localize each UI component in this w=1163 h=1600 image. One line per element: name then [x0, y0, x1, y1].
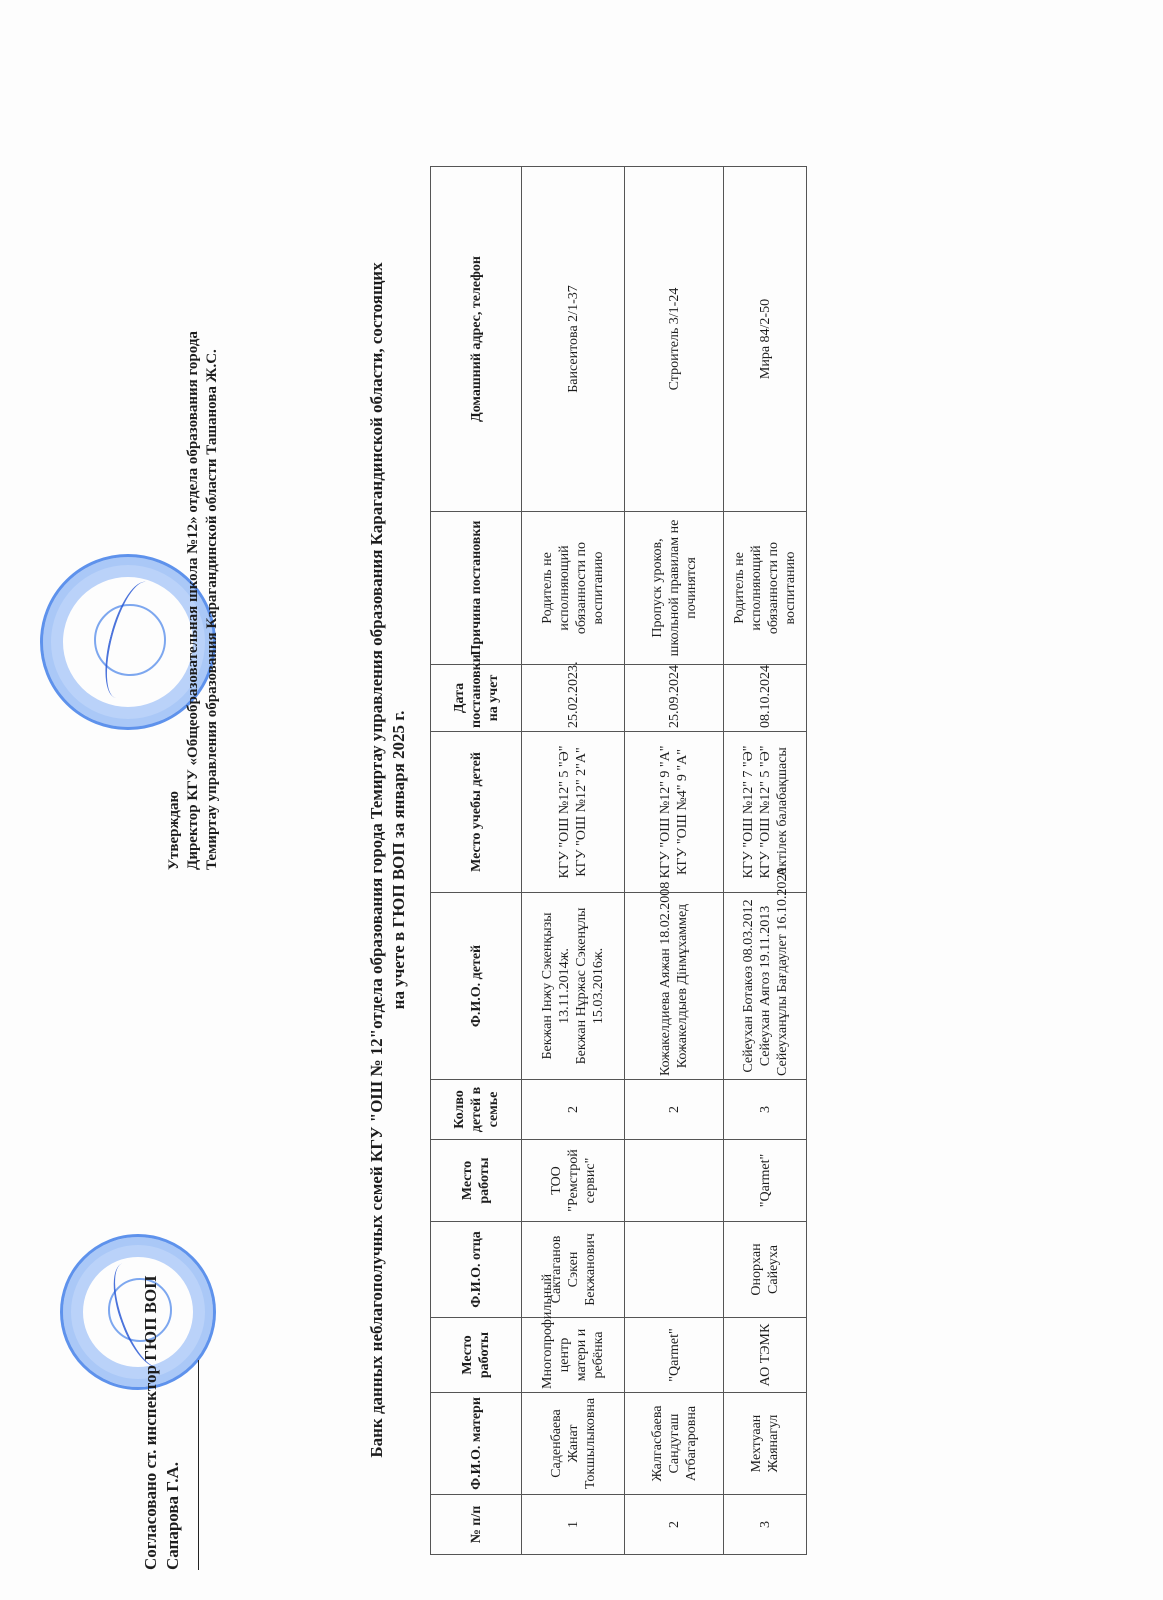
approved-line-3: Темиртау управления образования Караганд… [203, 331, 222, 870]
approved-block: Утверждаю Директор КГУ «Общеобразователь… [165, 331, 222, 870]
cell-mother: Жалгасбаева Сандугаш Атбагаровна [625, 1393, 724, 1495]
header-mother: Ф.И.О. матери [431, 1393, 522, 1495]
cell-children: Бекжан Інжу Сэкенқызы 13.11.2014ж. Бекжа… [522, 893, 625, 1080]
school-line: КГУ "ОШ №12" 9 "А" [657, 735, 674, 889]
header-father-work: Место работы [431, 1140, 522, 1222]
cell-father-work: ТОО "Ремстрой сервис" [522, 1140, 625, 1222]
cell-num: 2 [625, 1495, 724, 1555]
cell-num: 1 [522, 1495, 625, 1555]
school-line: КГУ "ОШ №12" 2"А" [573, 735, 590, 889]
cell-mother-work: "Qarmet" [625, 1318, 724, 1393]
cell-mother-work: Многопрофильный центр матери и ребёнка [522, 1318, 625, 1393]
table-row: 2 Жалгасбаева Сандугаш Атбагаровна "Qarm… [625, 167, 724, 1555]
cell-date: 25.02.2023. [522, 665, 625, 732]
header-date: Дата постановки на учет [431, 665, 522, 732]
cell-address: Баисеитова 2/1-37 [522, 167, 625, 512]
table-row: 3 Мехтуаан Жаянагул АО ТЭМК Онорхан Сайе… [724, 167, 807, 1555]
cell-reason: Пропуск уроков, школьной правилам не поч… [625, 512, 724, 665]
header-school: Место учебы детей [431, 732, 522, 893]
school-line: КГУ "ОШ №12" 7 "Ә" [740, 735, 757, 889]
document-title: Банк данных неблагополучных семей КГУ "О… [366, 160, 410, 1560]
header-children: Ф.И.О. детей [431, 893, 522, 1080]
approved-line-2: Директор КГУ «Общеобразовательная школа … [184, 331, 203, 870]
child-line: Бекжан Нұржас Сэкенұлы [573, 896, 590, 1076]
cell-school: КГУ "ОШ №12" 5 "Ә" КГУ "ОШ №12" 2"А" [522, 732, 625, 893]
child-line: 15.03.2016ж. [590, 896, 607, 1076]
approved-line-1: Утверждаю [165, 331, 184, 870]
cell-school: КГУ "ОШ №12" 7 "Ә" КГУ "ОШ №12" 5 "Ә" Ак… [724, 732, 807, 893]
school-line: Актілек балабақшасы [774, 735, 791, 889]
agreed-block: Согласовано ст. инспектор ГЮП ВОП Сапаро… [140, 1276, 199, 1570]
document-page: Согласовано ст. инспектор ГЮП ВОП Сапаро… [0, 0, 1163, 1600]
header-address: Домашний адрес, телефон [431, 167, 522, 512]
title-line-2: на учете в ГЮП ВОП за января 2025 г. [388, 160, 410, 1560]
cell-mother-work: АО ТЭМК [724, 1318, 807, 1393]
header-kids-count: Колво детей в семье [431, 1080, 522, 1140]
cell-father [625, 1222, 724, 1318]
child-line: Сейеуханұлы Бағдаулет 16.10.2020 [774, 896, 791, 1076]
cell-kids-count: 3 [724, 1080, 807, 1140]
cell-father-work [625, 1140, 724, 1222]
school-line: КГУ "ОШ №12" 5 "Ә" [556, 735, 573, 889]
cell-date: 08.10.2024 [724, 665, 807, 732]
school-line: КГУ "ОШ №12" 5 "Ә" [757, 735, 774, 889]
header-mother-work: Место работы [431, 1318, 522, 1393]
agreed-line-1: Согласовано ст. инспектор ГЮП ВОП [140, 1276, 162, 1570]
cell-kids-count: 2 [522, 1080, 625, 1140]
cell-address: Мира 84/2-50 [724, 167, 807, 512]
cell-reason: Родитель не исполняющий обязанности по в… [724, 512, 807, 665]
cell-mother: Саденбаева Жанат Токшылыковна [522, 1393, 625, 1495]
families-table: № п/п Ф.И.О. матери Место работы Ф.И.О. … [430, 166, 807, 1555]
cell-date: 25.09.2024 [625, 665, 724, 732]
cell-reason: Родитель не исполняющий обязанности по в… [522, 512, 625, 665]
cell-num: 3 [724, 1495, 807, 1555]
child-line: Кожакелдыев Дінмұхаммед [674, 896, 691, 1076]
table-header-row: № п/п Ф.И.О. матери Место работы Ф.И.О. … [431, 167, 522, 1555]
header-num: № п/п [431, 1495, 522, 1555]
cell-address: Строитель 3/1-24 [625, 167, 724, 512]
child-line: Кожакелдиева Аяжан 18.02.2008 [657, 896, 674, 1076]
title-line-1: Банк данных неблагополучных семей КГУ "О… [366, 160, 388, 1560]
cell-school: КГУ "ОШ №12" 9 "А" КГУ "ОШ №4" 9 "А" [625, 732, 724, 893]
child-line: 13.11.2014ж. [556, 896, 573, 1076]
header-reason: Причина постановки [431, 512, 522, 665]
cell-children: Кожакелдиева Аяжан 18.02.2008 Кожакелдые… [625, 893, 724, 1080]
cell-father-work: "Qarmet" [724, 1140, 807, 1222]
cell-kids-count: 2 [625, 1080, 724, 1140]
table-row: 1 Саденбаева Жанат Токшылыковна Многопро… [522, 167, 625, 1555]
agreed-line-2: Сапарова Г.А. [162, 1276, 184, 1570]
child-line: Сейеухан Ботакөз 08.03.2012 [740, 896, 757, 1076]
cell-father: Сактаганов Сэкен Бекжанович [522, 1222, 625, 1318]
child-line: Бекжан Інжу Сэкенқызы [539, 896, 556, 1076]
child-line: Сейеухан Аягоз 19.11.2013 [757, 896, 774, 1076]
cell-children: Сейеухан Ботакөз 08.03.2012 Сейеухан Аяг… [724, 893, 807, 1080]
header-father: Ф.И.О. отца [431, 1222, 522, 1318]
cell-mother: Мехтуаан Жаянагул [724, 1393, 807, 1495]
cell-father: Онорхан Сайеуха [724, 1222, 807, 1318]
signature-line [184, 1360, 199, 1570]
school-line: КГУ "ОШ №4" 9 "А" [674, 735, 691, 889]
